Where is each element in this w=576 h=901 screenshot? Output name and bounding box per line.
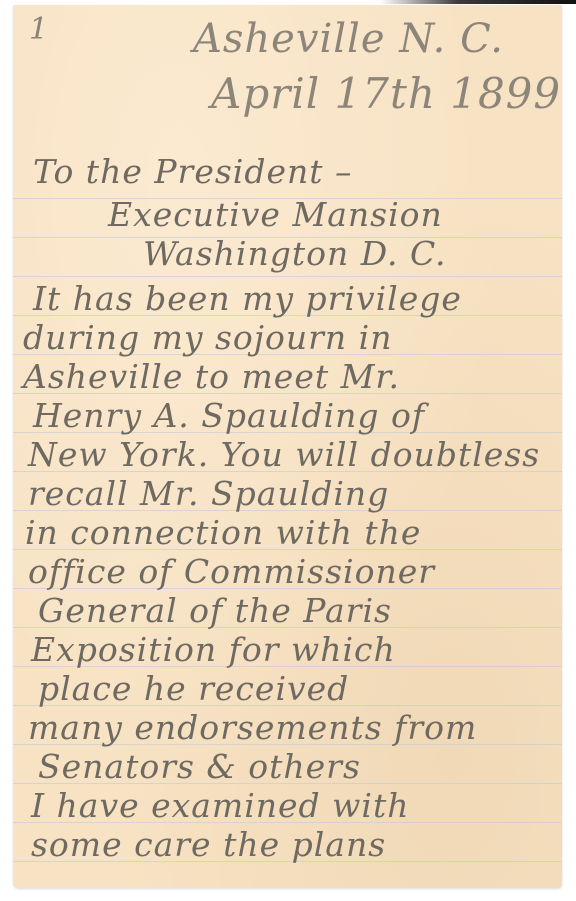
body-line: Asheville to meet Mr. [23, 360, 400, 393]
body-line: recall Mr. Spaulding [28, 477, 389, 510]
body-line: General of the Paris [38, 594, 392, 627]
document-viewer: 1 Asheville N. C. April 17th 1899 To the… [0, 0, 576, 901]
scan-edge-shadow [380, 0, 576, 4]
body-line: New York. You will doubtless [28, 438, 540, 471]
body-line: It has been my privilege [33, 282, 462, 315]
letter-place: Asheville N. C. [193, 19, 504, 59]
body-line: some care the plans [31, 828, 386, 861]
body-line: many endorsements from [28, 711, 477, 744]
letter-date: April 17th 1899 [211, 73, 561, 115]
address-line-2: Washington D. C. [143, 237, 447, 270]
body-line: I have examined with [31, 789, 410, 822]
body-line: during my sojourn in [23, 321, 392, 354]
body-line: office of Commissioner [28, 555, 435, 588]
body-line: Henry A. Spaulding of [33, 399, 425, 432]
ruled-line [13, 276, 562, 277]
letter-page: 1 Asheville N. C. April 17th 1899 To the… [13, 5, 562, 888]
address-line-1: Executive Mansion [108, 198, 443, 231]
page-number: 1 [29, 15, 49, 45]
body-line: Exposition for which [31, 633, 396, 666]
body-line: place he received [38, 672, 349, 705]
body-line: in connection with the [25, 516, 421, 549]
body-line: Senators & others [38, 750, 361, 783]
salutation: To the President – [33, 155, 353, 188]
